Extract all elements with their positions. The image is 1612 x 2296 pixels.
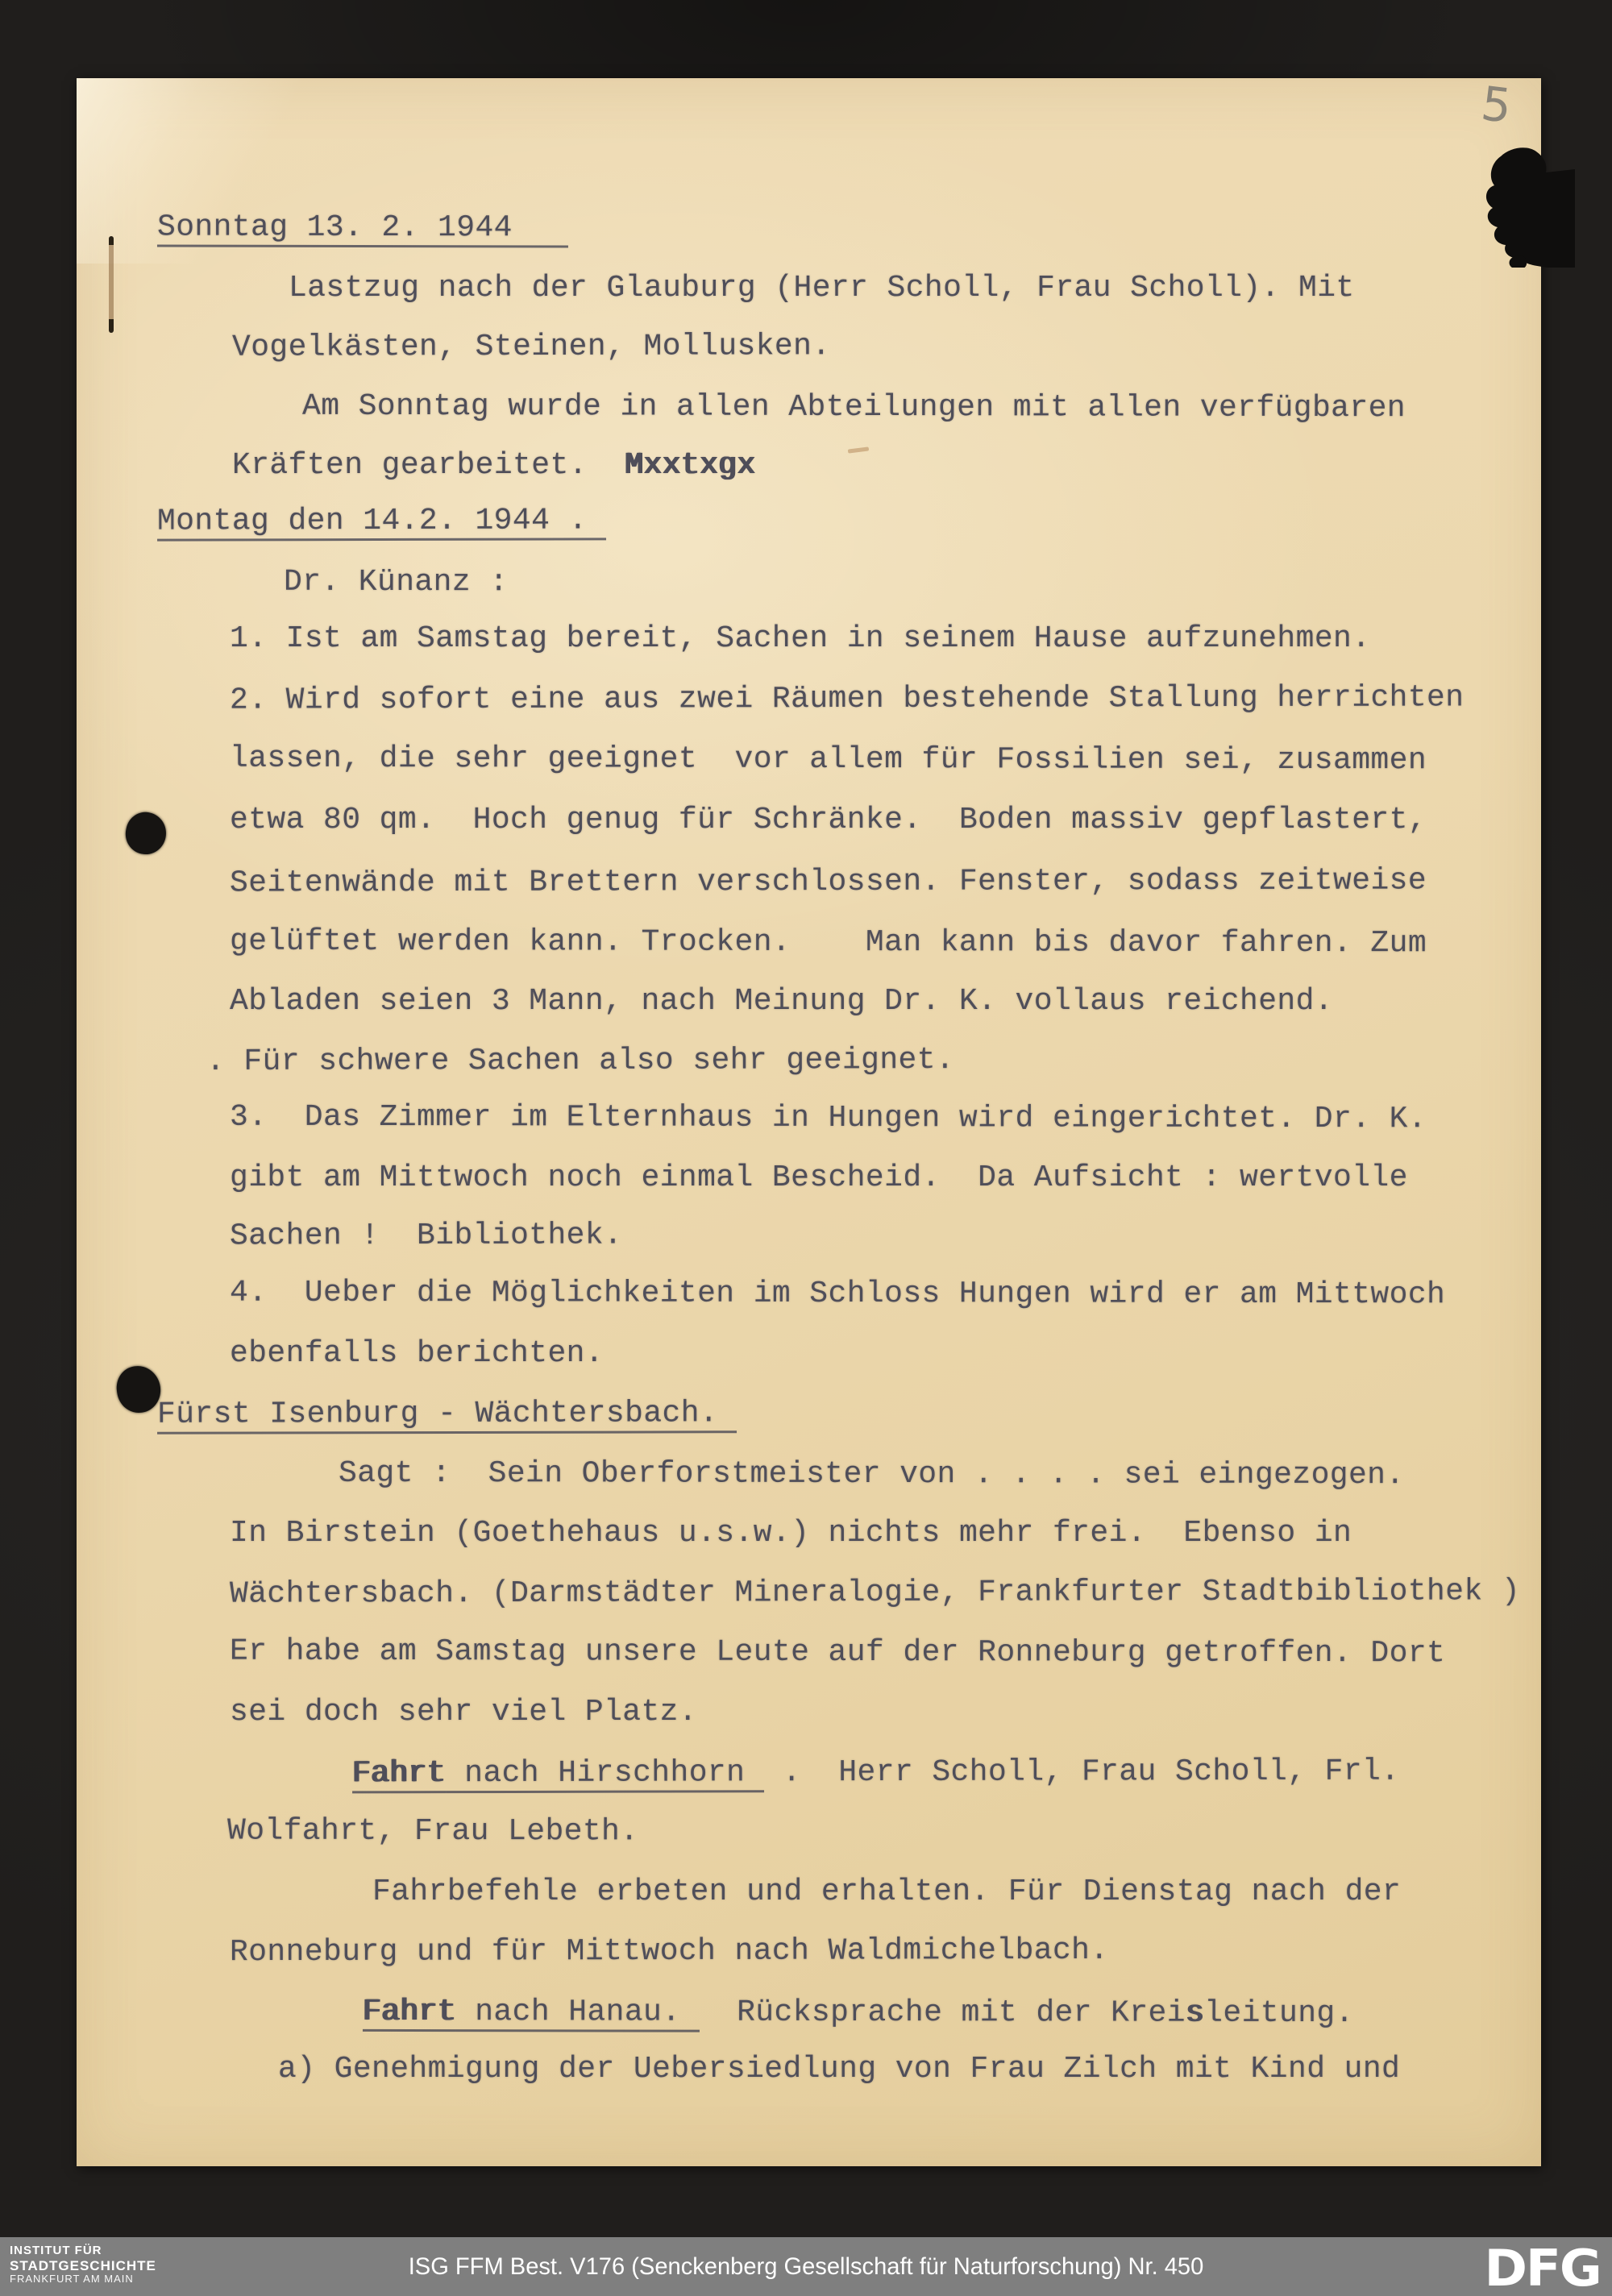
typed-line: Fahrt nach Hirschhorn . Herr Scholl, Fra… <box>352 1754 1400 1793</box>
typed-text: Ronneburg und für Mittwoch nach Waldmich… <box>230 1933 1109 1970</box>
typed-line: Sonntag 13. 2. 1944 <box>157 210 569 247</box>
typed-line: Wächtersbach. (Darmstädter Mineralogie, … <box>230 1573 1520 1613</box>
typed-underlined-text: Sonntag 13. 2. 1944 <box>157 210 569 248</box>
typed-text: Kräften gearbeitet. <box>232 448 625 483</box>
typed-line: Sagt : Sein Oberforstmeister von . . . .… <box>339 1455 1405 1495</box>
typed-line: Montag den 14.2. 1944 . <box>157 502 606 541</box>
ink-blot <box>1470 145 1575 268</box>
typed-text: gibt am Mittwoch noch einmal Bescheid. D… <box>230 1160 1408 1195</box>
typed-line: Fahrbefehle erbeten und erhalten. Für Di… <box>372 1874 1401 1911</box>
typed-line: ebenfalls berichten. <box>230 1335 604 1372</box>
typed-line: Seitenwände mit Brettern verschlossen. F… <box>230 862 1427 902</box>
pencil-margin-mark <box>109 236 114 333</box>
typed-line: gelüftet werden kann. Trocken. Man kann … <box>230 924 1427 963</box>
typed-text-layer: Sonntag 13. 2. 1944 Lastzug nach der Gla… <box>77 78 1541 2166</box>
typed-line: Wolfahrt, Frau Lebeth. <box>227 1813 639 1851</box>
typed-line: etwa 80 qm. Hoch genug für Schränke. Bod… <box>230 802 1427 839</box>
typed-text: lassen, die sehr geeignet vor allem für … <box>230 741 1427 778</box>
typewritten-document-paper: Sonntag 13. 2. 1944 Lastzug nach der Gla… <box>77 78 1541 2166</box>
typed-line: sei doch sehr viel Platz. <box>230 1694 697 1731</box>
typed-text: Er habe am Samstag unsere Leute auf der … <box>230 1634 1445 1671</box>
typed-text: Wächtersbach. (Darmstädter Mineralogie, … <box>230 1574 1520 1611</box>
typed-line: Er habe am Samstag unsere Leute auf der … <box>230 1634 1445 1673</box>
typed-line: Fürst Isenburg - Wächtersbach. <box>157 1395 737 1434</box>
typed-text: 4. Ueber die Möglichkeiten im Schloss Hu… <box>230 1276 1445 1313</box>
typed-line: Fahrt nach Hanau. Rücksprache mit der Kr… <box>363 1994 1354 2033</box>
typed-line: Sachen ! Bibliothek. <box>230 1217 622 1255</box>
typed-line: In Birstein (Goethehaus u.s.w.) nichts m… <box>230 1515 1352 1552</box>
typed-line: gibt am Mittwoch noch einmal Bescheid. D… <box>230 1160 1408 1197</box>
typed-text: sei doch sehr viel Platz. <box>230 1695 697 1729</box>
typed-text: Wolfahrt, Frau Lebeth. <box>227 1814 639 1850</box>
typed-text: Rücksprache mit der Krei <box>700 1995 1186 2031</box>
typed-text: Mxxtxgx <box>625 448 755 483</box>
typed-line: Abladen seien 3 Mann, nach Meinung Dr. K… <box>230 983 1333 1020</box>
typed-text: Lastzug nach der Glauburg (Herr Scholl, … <box>289 271 1355 305</box>
typed-text: Sagt : Sein Oberforstmeister von . . . .… <box>339 1456 1405 1493</box>
typed-line: Dr. Künanz : <box>284 564 509 602</box>
dfg-logo: DFG <box>1485 2239 1601 2296</box>
typed-text: Abladen seien 3 Mann, nach Meinung Dr. K… <box>230 984 1333 1019</box>
scanned-archive-page: Sonntag 13. 2. 1944 Lastzug nach der Gla… <box>0 0 1612 2296</box>
typed-text: s <box>1186 1996 1204 2031</box>
typed-text: In Birstein (Goethehaus u.s.w.) nichts m… <box>230 1516 1352 1551</box>
typed-text: . Für schwere Sachen also sehr geeignet. <box>206 1043 954 1079</box>
typed-text: 1. Ist am Samstag bereit, Sachen in sein… <box>230 621 1370 656</box>
typed-text: . Herr Scholl, Frau Scholl, Frl. <box>763 1754 1399 1791</box>
archive-reference: ISG FFM Best. V176 (Senckenberg Gesellsc… <box>24 2237 1588 2296</box>
typed-text: Vogelkästen, Steinen, Mollusken. <box>232 329 831 365</box>
typed-underlined-text: Fahrt <box>352 1756 446 1793</box>
typed-text: etwa 80 qm. Hoch genug für Schränke. Bod… <box>230 803 1427 837</box>
typed-line: Ronneburg und für Mittwoch nach Waldmich… <box>230 1933 1109 1972</box>
typed-line: 1. Ist am Samstag bereit, Sachen in sein… <box>230 621 1370 658</box>
typed-text: leitung. <box>1204 1996 1354 2031</box>
typed-underlined-text: Montag den 14.2. 1944 . <box>157 503 606 541</box>
typed-underlined-text: nach Hirschhorn <box>446 1755 764 1793</box>
typed-text: gelüftet werden kann. Trocken. Man kann … <box>230 924 1427 961</box>
footer-credit-bar: INSTITUT FÜR STADTGESCHICHTE FRANKFURT A… <box>0 2237 1612 2296</box>
typed-line: Am Sonntag wurde in allen Abteilungen mi… <box>302 388 1406 428</box>
typed-text: Sachen ! Bibliothek. <box>230 1218 622 1253</box>
typed-line: lassen, die sehr geeignet vor allem für … <box>230 741 1427 780</box>
typed-text: Seitenwände mit Brettern verschlossen. F… <box>230 863 1427 900</box>
typed-underlined-text: Fürst Isenburg - Wächtersbach. <box>157 1396 737 1434</box>
typed-text: a) Genehmigung der Uebersiedlung von Fra… <box>278 2052 1400 2086</box>
typed-line: a) Genehmigung der Uebersiedlung von Fra… <box>278 2051 1400 2088</box>
typed-line: Vogelkästen, Steinen, Mollusken. <box>232 328 831 367</box>
typed-line: 3. Das Zimmer im Elternhaus in Hungen wi… <box>230 1099 1427 1139</box>
typed-line: . Für schwere Sachen also sehr geeignet. <box>206 1042 954 1081</box>
typed-line: Lastzug nach der Glauburg (Herr Scholl, … <box>289 270 1355 307</box>
typed-underlined-text: nach Hanau. <box>456 1995 700 2032</box>
typed-line: 4. Ueber die Möglichkeiten im Schloss Hu… <box>230 1275 1445 1314</box>
typed-text: 3. Das Zimmer im Elternhaus in Hungen wi… <box>230 1100 1427 1137</box>
typed-text: 2. Wird sofort eine aus zwei Räumen best… <box>230 680 1465 717</box>
typed-underlined-text: Fahrt <box>363 1995 456 2032</box>
typed-line: 2. Wird sofort eine aus zwei Räumen best… <box>230 679 1465 720</box>
typed-text: Am Sonntag wurde in allen Abteilungen mi… <box>302 389 1406 426</box>
typed-text: Fahrbefehle erbeten und erhalten. Für Di… <box>372 1875 1401 1909</box>
typed-line: Kräften gearbeitet. Mxxtxgx <box>232 447 756 484</box>
typed-text: Dr. Künanz : <box>284 565 509 600</box>
typed-text: ebenfalls berichten. <box>230 1336 604 1371</box>
